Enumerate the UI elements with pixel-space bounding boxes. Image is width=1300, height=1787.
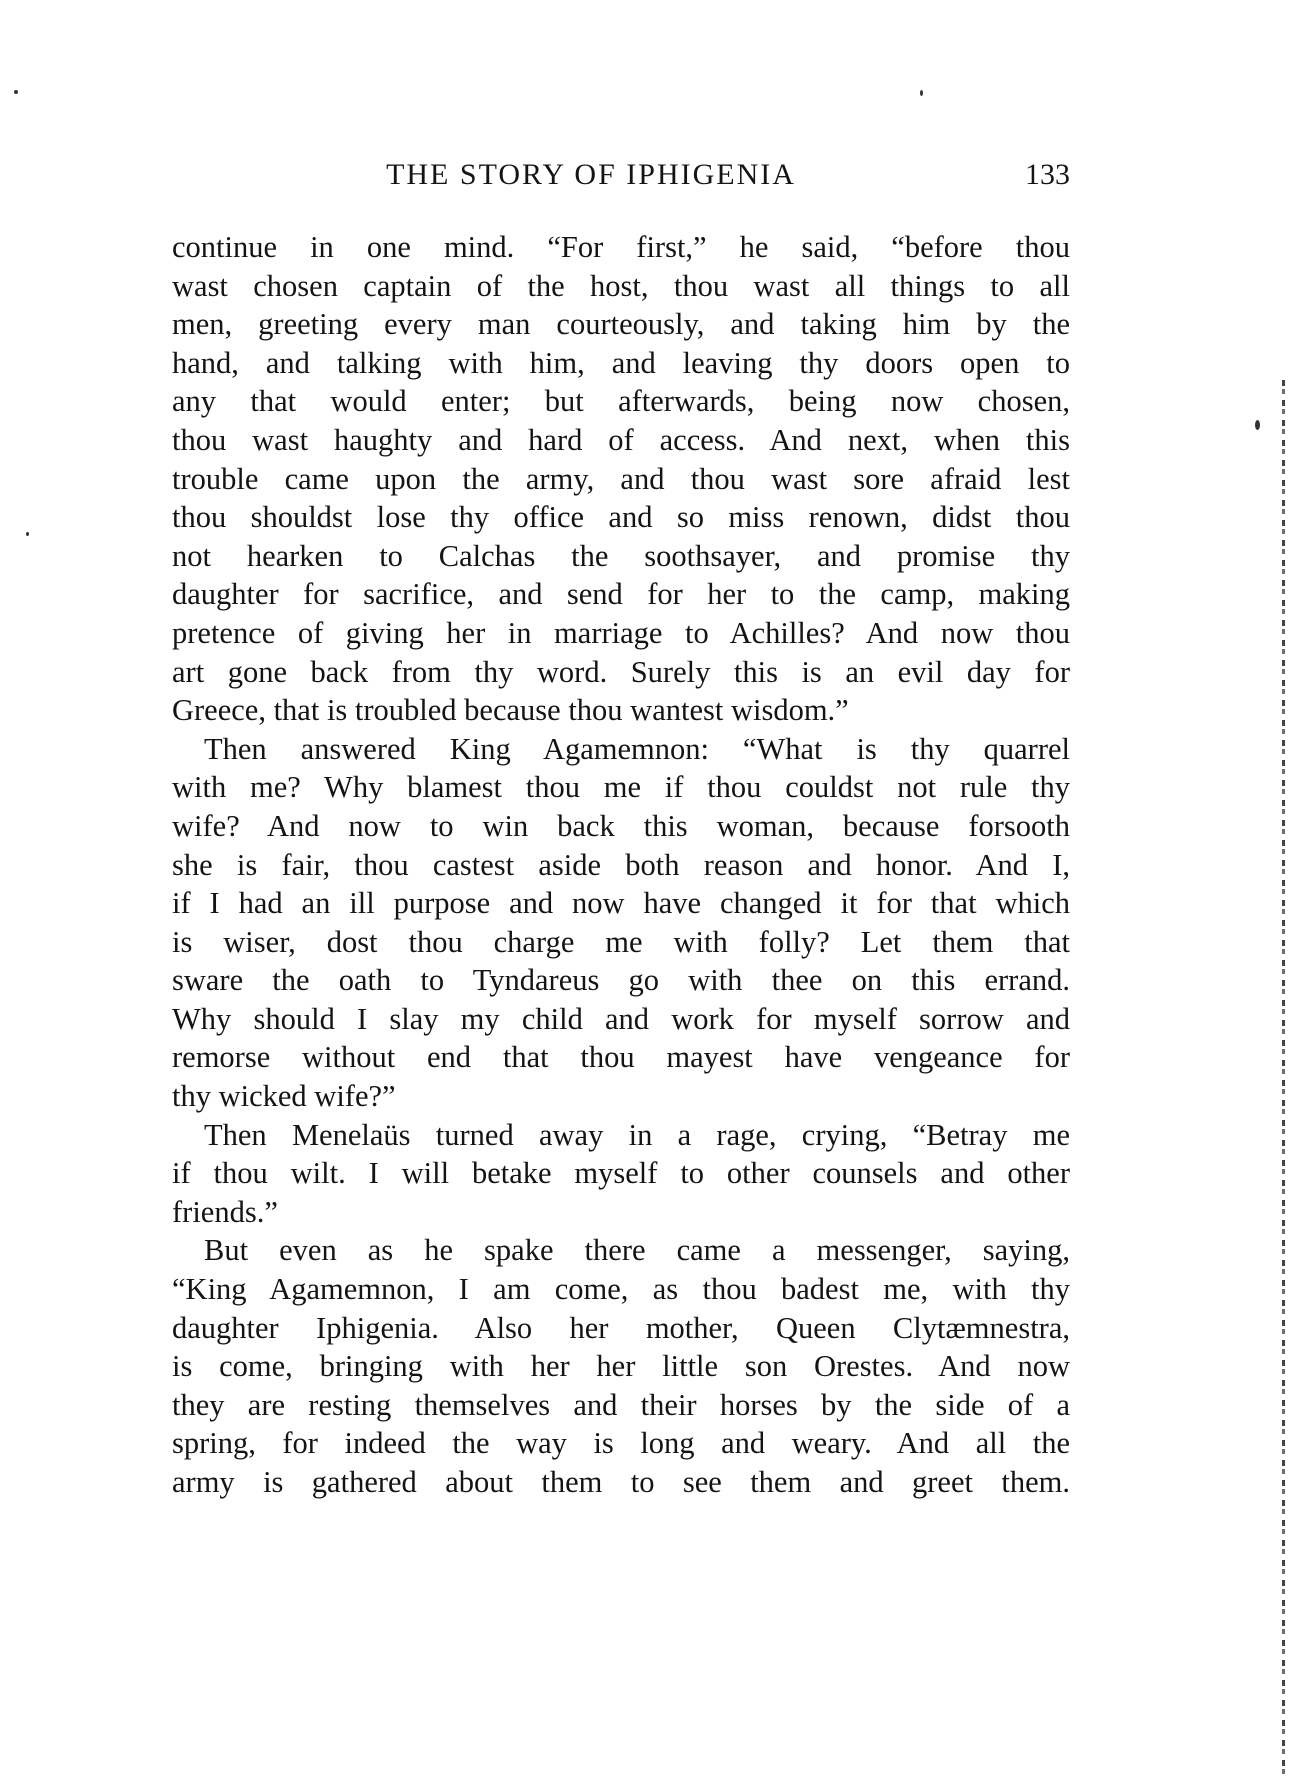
text-line: not hearken to Calchas the soothsayer, a… — [172, 537, 1070, 576]
scan-speck — [1255, 420, 1260, 430]
text-line: she is fair, thou castest aside both rea… — [172, 846, 1070, 885]
scan-speck — [26, 532, 29, 536]
text-line: wife? And now to win back this woman, be… — [172, 807, 1070, 846]
page-number: 133 — [1025, 158, 1070, 192]
scan-speck — [920, 90, 923, 96]
running-title: THE STORY OF IPHIGENIA — [172, 158, 1070, 192]
text-line: Why should I slay my child and work for … — [172, 1000, 1070, 1039]
text-line: if I had an ill purpose and now have cha… — [172, 884, 1070, 923]
text-line: continue in one mind. “For first,” he sa… — [172, 228, 1070, 267]
text-line: thou wast haughty and hard of access. An… — [172, 421, 1070, 460]
text-line: wast chosen captain of the host, thou wa… — [172, 267, 1070, 306]
text-line: daughter Iphigenia. Also her mother, Que… — [172, 1309, 1070, 1348]
text-line: men, greeting every man courteously, and… — [172, 305, 1070, 344]
text-line: friends.” — [172, 1193, 1070, 1232]
text-line: art gone back from thy word. Surely this… — [172, 653, 1070, 692]
body-text: continue in one mind. “For first,” he sa… — [172, 228, 1070, 1502]
text-line: they are resting themselves and their ho… — [172, 1386, 1070, 1425]
text-line: pretence of giving her in marriage to Ac… — [172, 614, 1070, 653]
book-page: THE STORY OF IPHIGENIA 133 continue in o… — [0, 0, 1300, 1787]
text-line: sware the oath to Tyndareus go with thee… — [172, 961, 1070, 1000]
text-line: hand, and talking with him, and leaving … — [172, 344, 1070, 383]
text-line: thou shouldst lose thy office and so mis… — [172, 498, 1070, 537]
text-line: daughter for sacrifice, and send for her… — [172, 575, 1070, 614]
text-line: is come, bringing with her her little so… — [172, 1347, 1070, 1386]
text-line: army is gathered about them to see them … — [172, 1463, 1070, 1502]
text-line: spring, for indeed the way is long and w… — [172, 1424, 1070, 1463]
text-line: But even as he spake there came a messen… — [172, 1231, 1070, 1270]
text-line: is wiser, dost thou charge me with folly… — [172, 923, 1070, 962]
text-line: Then answered King Agamemnon: “What is t… — [172, 730, 1070, 769]
text-line: thy wicked wife?” — [172, 1077, 1070, 1116]
text-line: Greece, that is troubled because thou wa… — [172, 691, 1070, 730]
text-line: any that would enter; but afterwards, be… — [172, 382, 1070, 421]
running-header: THE STORY OF IPHIGENIA 133 — [172, 158, 1070, 198]
text-line: “King Agamemnon, I am come, as thou bade… — [172, 1270, 1070, 1309]
text-line: if thou wilt. I will betake myself to ot… — [172, 1154, 1070, 1193]
text-line: Then Menelaüs turned away in a rage, cry… — [172, 1116, 1070, 1155]
scan-speck — [14, 90, 18, 94]
text-line: trouble came upon the army, and thou was… — [172, 460, 1070, 499]
text-line: with me? Why blamest thou me if thou cou… — [172, 768, 1070, 807]
scan-edge-artifact — [1282, 380, 1285, 1780]
text-line: remorse without end that thou mayest hav… — [172, 1038, 1070, 1077]
